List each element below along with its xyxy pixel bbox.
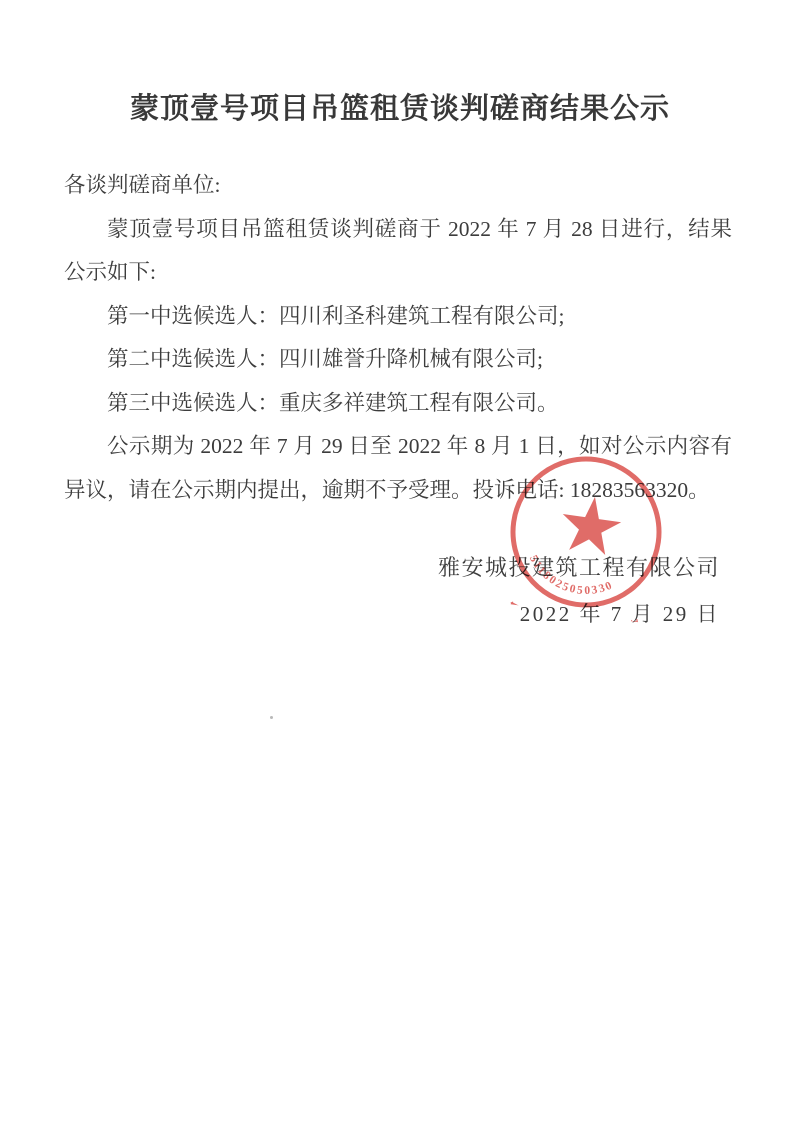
body-line: 各谈判磋商单位:	[64, 164, 732, 208]
body-line: 第一中选候选人：四川利圣科建筑工程有限公司;	[64, 295, 732, 339]
body-line: 异议，请在公示期内提出，逾期不予受理。投诉电话: 18283563320。	[64, 469, 732, 513]
body-line: 蒙顶壹号项目吊篮租赁谈判磋商于 2022 年 7 月 28 日进行，结果	[64, 208, 732, 252]
signature-block: 雅安城投建筑工程有限公司 2022 年 7 月 29 日	[438, 551, 720, 628]
body-line: 第二中选候选人：四川雄誉升降机械有限公司;	[64, 338, 732, 382]
scan-artifact-dot	[270, 716, 273, 719]
document-page: 蒙顶壹号项目吊篮租赁谈判磋商结果公示 各谈判磋商单位:蒙顶壹号项目吊篮租赁谈判磋…	[0, 0, 800, 1131]
body-line: 公示期为 2022 年 7 月 29 日至 2022 年 8 月 1 日，如对公…	[64, 425, 732, 469]
signature-date: 2022 年 7 月 29 日	[438, 598, 720, 628]
signature-company: 雅安城投建筑工程有限公司	[438, 551, 720, 582]
document-title: 蒙顶壹号项目吊篮租赁谈判磋商结果公示	[0, 86, 800, 127]
document-body: 各谈判磋商单位:蒙顶壹号项目吊篮租赁谈判磋商于 2022 年 7 月 28 日进…	[64, 164, 732, 512]
body-line: 第三中选候选人：重庆多祥建筑工程有限公司。	[64, 382, 732, 426]
body-line: 公示如下:	[64, 251, 732, 295]
